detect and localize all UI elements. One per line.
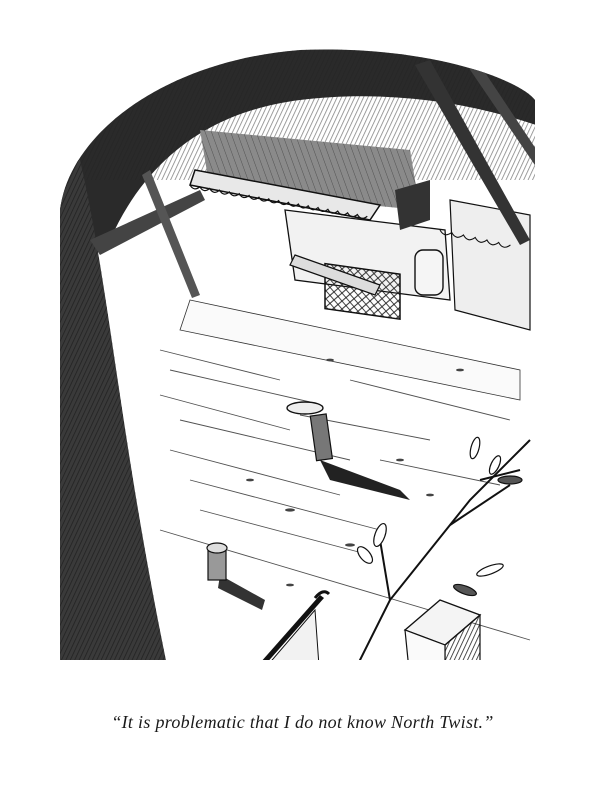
cartoon-caption: “It is problematic that I do not know No…	[0, 712, 605, 733]
mailbox	[415, 250, 443, 295]
cartoon-illustration	[50, 40, 550, 680]
